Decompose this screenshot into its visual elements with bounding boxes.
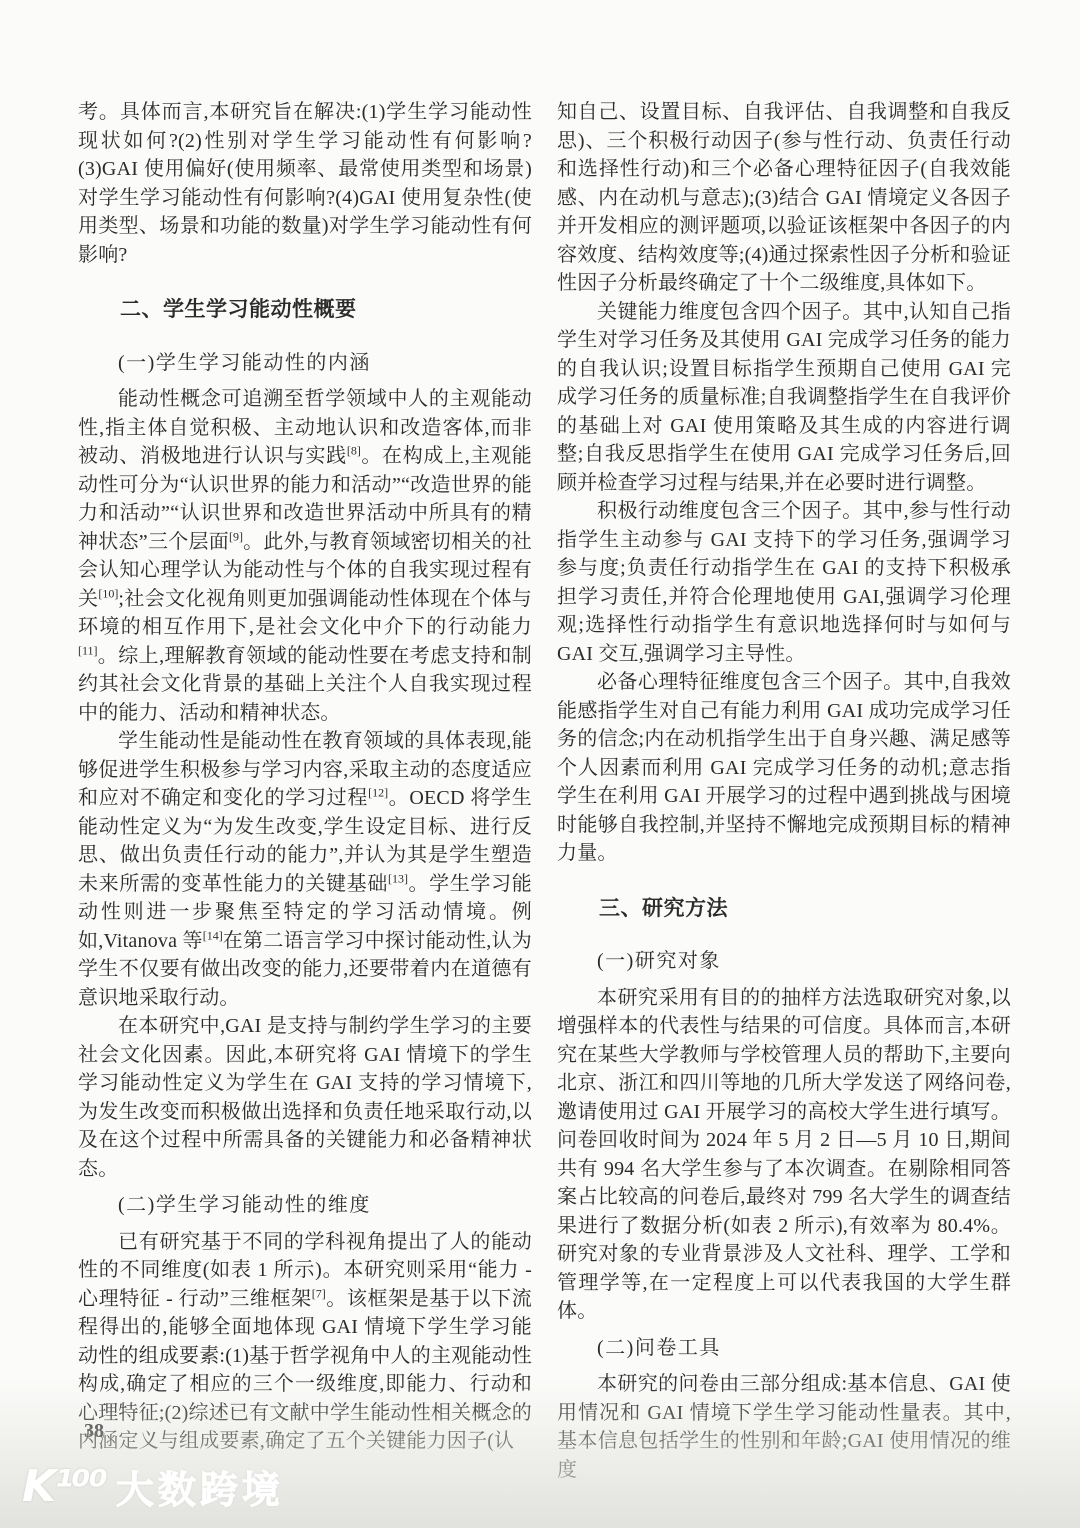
subsection-heading: (一)研究对象 <box>557 947 1011 976</box>
paragraph: 知自己、设置目标、自我评估、自我调整和自我反思)、三个积极行动因子(参与性行动、… <box>557 98 1011 298</box>
paper-page: 考。具体而言,本研究旨在解决:(1)学生学习能动性现状如何?(2)性别对学生学习… <box>0 0 1080 1528</box>
section-heading-3: 三、研究方法 <box>557 895 1011 924</box>
paragraph: 学生能动性是能动性在教育领域的具体表现,能够促进学生积极参与学习内容,采取主动的… <box>78 727 532 1012</box>
paragraph: 考。具体而言,本研究旨在解决:(1)学生学习能动性现状如何?(2)性别对学生学习… <box>78 98 532 269</box>
right-column: 知自己、设置目标、自我评估、自我调整和自我反思)、三个积极行动因子(参与性行动、… <box>557 98 1011 1484</box>
section-heading-2: 二、学生学习能动性概要 <box>78 296 532 325</box>
page-number: 38 <box>84 1420 104 1443</box>
paragraph: 积极行动维度包含三个因子。其中,参与性行动指学生主动参与 GAI 支持下的学习任… <box>557 497 1011 668</box>
paragraph: 能动性概念可追溯至哲学领域中人的主观能动性,指主体自觉积极、主动地认识和改造客体… <box>78 385 532 727</box>
paragraph: 本研究采用有目的的抽样方法选取研究对象,以增强样本的代表性与结果的可信度。具体而… <box>557 984 1011 1326</box>
watermark-logo-icon: K¹⁰⁰ <box>22 1461 106 1512</box>
watermark: K¹⁰⁰ 大数跨境 <box>22 1459 284 1514</box>
left-column: 考。具体而言,本研究旨在解决:(1)学生学习能动性现状如何?(2)性别对学生学习… <box>78 98 532 1456</box>
paragraph: 本研究的问卷由三部分组成:基本信息、GAI 使用情况和 GAI 情境下学生学习能… <box>557 1370 1011 1484</box>
subsection-heading: (一)学生学习能动性的内涵 <box>78 349 532 378</box>
paragraph: 已有研究基于不同的学科视角提出了人的能动性的不同维度(如表 1 所示)。本研究则… <box>78 1228 532 1456</box>
paragraph: 在本研究中,GAI 是支持与制约学生学习的主要社会文化因素。因此,本研究将 GA… <box>78 1012 532 1183</box>
paragraph: 关键能力维度包含四个因子。其中,认知自己指学生对学习任务及其使用 GAI 完成学… <box>557 298 1011 498</box>
watermark-text: 大数跨境 <box>116 1459 284 1514</box>
subsection-heading: (二)问卷工具 <box>557 1334 1011 1363</box>
subsection-heading: (二)学生学习能动性的维度 <box>78 1191 532 1220</box>
paragraph: 必备心理特征维度包含三个因子。其中,自我效能感指学生对自己有能力利用 GAI 成… <box>557 668 1011 868</box>
